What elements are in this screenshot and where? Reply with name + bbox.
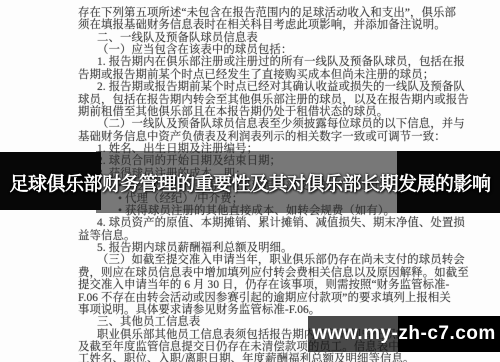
- document-line: 二、一线队及预备队球员信息表: [97, 32, 258, 44]
- document-line: 5. 报告期内球员薪酬福利总额及明细。: [97, 242, 293, 254]
- document-line: （二）一线队及预备队球员信息表至少须披露每位球员的以下信息，并与: [97, 118, 465, 130]
- document-line: 4. 球员资产的原值、本期摊销、累计摊销、减值损失、期末净值、处置损: [97, 217, 465, 229]
- document-line: 工姓名、职位、入职/离职日期、年度薪酬福利总额及明细等信息。: [78, 353, 415, 362]
- document-line: 1. 报告期内在俱乐部注册或注册过的所有一线队及预备队球员，包括在报: [97, 56, 465, 68]
- watermark-box: www.my-zh-c7.com: [308, 316, 500, 352]
- document-line: 提交准入申请当年的 6 月 30 日，仍存在该事项，则需按照“财务监管标准-: [78, 279, 449, 291]
- article-title: 足球俱乐部财务管理的重要性及其对俱乐部长期发展的影响: [0, 151, 500, 213]
- document-line: 三、其他员工信息表: [97, 316, 200, 328]
- document-line: 期前租借至其他俱乐部且在本报告期仍处于租借状态的球员。: [78, 106, 388, 118]
- document-line: 须在填报基础财务信息表时在相关科目考虑此项影响，并添加备注说明。: [78, 19, 446, 31]
- document-line: 存在下列第五项所述“未包含在报告范围内的足球活动收入和支出”，俱乐部: [78, 7, 456, 19]
- document-line: 益等信息。: [78, 230, 135, 242]
- scanned-document-page: 存在下列第五项所述“未包含在报告范围内的足球活动收入和支出”，俱乐部须在填报基础…: [0, 0, 500, 362]
- document-line: 事项说明。具体要求请参见财务监管标准-F.06。: [78, 304, 320, 316]
- document-line: F.06 不存在由转会活动或因参赛引起的逾期应付款项”的要求填列上报相关: [78, 292, 451, 304]
- document-line: 球员，包括在报告期内转会至其他俱乐部注册的球员，以及在报告期内或报告: [78, 94, 469, 106]
- document-line: （一）应当包含在该表中的球员包括：: [97, 44, 292, 56]
- document-line: 基础财务信息中资产负债表及利润表列示的相关数字一致或可调节一致：: [78, 131, 446, 143]
- document-line: 告期或报告期前某个时点已经发生了直接购买成本但尚未注册的球员；: [78, 69, 434, 81]
- document-line: 费，则应在球员信息表中增加填列应付转会费相关信息以及原因解释。如截至: [78, 267, 469, 279]
- watermark-url: www.my-zh-c7.com: [312, 323, 496, 345]
- document-line: 2. 报告期或报告期前某个时点已经对其确认收益或损失的一线队及预备队: [97, 81, 465, 93]
- document-line: （三）如截至提交准入申请当年，职业俱乐部仍存在尚未支付的球员转会: [97, 254, 465, 266]
